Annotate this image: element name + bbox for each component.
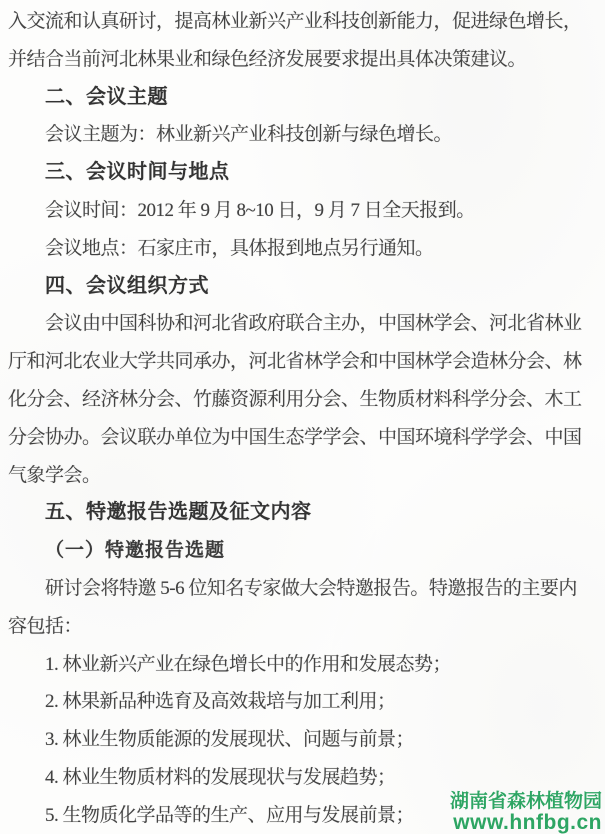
list-item: 2. 林果新品种选育及高效栽培与加工利用；	[8, 683, 605, 721]
list-item: 3. 林业生物质能源的发展现状、问题与前景；	[8, 721, 605, 759]
body-line: 会议由中国科协和河北省政府联合主办，中国林学会、河北省林业	[8, 305, 605, 343]
body-line: 气象学会。	[8, 457, 605, 495]
body-line: 会议时间：2012 年 9 月 8~10 日，9 月 7 日全天报到。	[8, 192, 605, 230]
section-heading-3: 三、会议时间与地点	[8, 154, 605, 192]
body-line: 容包括：	[8, 608, 605, 646]
body-line: 会议地点：石家庄市，具体报到地点另行通知。	[8, 230, 605, 268]
section-heading-2: 二、会议主题	[8, 79, 605, 117]
body-line: 分会协办。会议联办单位为中国生态学学会、中国环境科学学会、中国	[8, 419, 605, 457]
body-line: 研讨会将特邀 5-6 位知名专家做大会特邀报告。特邀报告的主要内	[8, 570, 605, 608]
body-line: 化分会、经济林分会、竹藤资源利用分会、生物质材料科学分会、木工	[8, 381, 605, 419]
watermark-site-url: www.hnfbg.cn	[450, 812, 602, 833]
site-watermark: 湖南省森林植物园 www.hnfbg.cn	[450, 791, 602, 833]
body-line: 入交流和认真研讨，提高林业新兴产业科技创新能力，促进绿色增长，	[8, 3, 605, 41]
document-page: 入交流和认真研讨，提高林业新兴产业科技创新能力，促进绿色增长， 并结合当前河北林…	[0, 0, 605, 834]
section-heading-4: 四、会议组织方式	[8, 268, 605, 306]
body-line: 并结合当前河北林果业和绿色经济发展要求提出具体决策建议。	[8, 41, 605, 79]
body-line: 厅和河北农业大学共同承办，河北省林学会和中国林学会造林分会、林	[8, 343, 605, 381]
body-line: 会议主题为：林业新兴产业科技创新与绿色增长。	[8, 116, 605, 154]
section-heading-5: 五、特邀报告选题及征文内容	[8, 494, 605, 532]
sub-heading: （一）特邀报告选题	[8, 532, 605, 570]
watermark-site-name: 湖南省森林植物园	[450, 791, 602, 812]
list-item: 1. 林业新兴产业在绿色增长中的作用和发展态势；	[8, 646, 605, 684]
